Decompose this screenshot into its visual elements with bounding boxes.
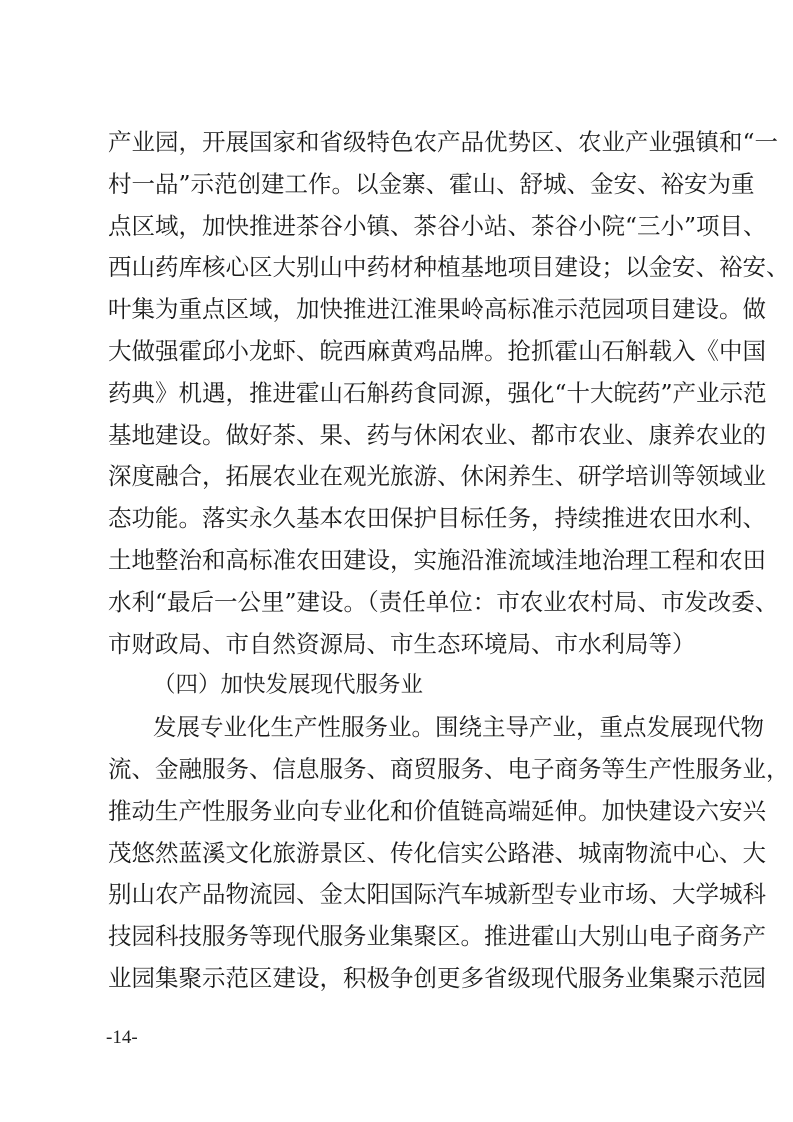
paragraph-line: 流、金融服务、信息服务、商贸服务、电子商务等生产性服务业， (108, 749, 694, 791)
paragraph-line: 别山农产品物流园、金太阳国际汽车城新型专业市场、大学城科 (108, 874, 694, 916)
paragraph-line: 深度融合，拓展农业在观光旅游、休闲养生、研学培训等领域业 (108, 456, 694, 498)
paragraph-line: 市财政局、市自然资源局、市生态环境局、市水利局等） (108, 624, 694, 666)
paragraph-line: 基地建设。做好茶、果、药与休闲农业、都市农业、康养农业的 (108, 415, 694, 457)
paragraph-line: 态功能。落实永久基本农田保护目标任务，持续推进农田水利、 (108, 498, 694, 540)
paragraph-line: 叶集为重点区域，加快推进江淮果岭高标准示范园项目建设。做 (108, 289, 694, 331)
paragraph-line: 点区域，加快推进茶谷小镇、茶谷小站、茶谷小院“三小”项目、 (108, 206, 694, 248)
body-text: 产业园，开展国家和省级特色农产品优势区、农业产业强镇和“一 村一品”示范创建工作… (108, 122, 694, 1000)
paragraph-line: 产业园，开展国家和省级特色农产品优势区、农业产业强镇和“一 (108, 122, 694, 164)
page-number: -14- (106, 1027, 138, 1049)
paragraph-line: 大做强霍邱小龙虾、皖西麻黄鸡品牌。抢抓霍山石斛载入《中国 (108, 331, 694, 373)
paragraph-line: 西山药库核心区大别山中药材种植基地项目建设；以金安、裕安、 (108, 247, 694, 289)
document-page: 产业园，开展国家和省级特色农产品优势区、农业产业强镇和“一 村一品”示范创建工作… (0, 0, 793, 1122)
paragraph-line: 推动生产性服务业向专业化和价值链高端延伸。加快建设六安兴 (108, 791, 694, 833)
paragraph-line: 技园科技服务等现代服务业集聚区。推进霍山大别山电子商务产 (108, 916, 694, 958)
paragraph-line: 业园集聚示范区建设，积极争创更多省级现代服务业集聚示范园 (108, 958, 694, 1000)
paragraph-line: 发展专业化生产性服务业。围绕主导产业，重点发展现代物 (108, 707, 694, 749)
paragraph-line: 村一品”示范创建工作。以金寨、霍山、舒城、金安、裕安为重 (108, 164, 694, 206)
paragraph-line: 茂悠然蓝溪文化旅游景区、传化信实公路港、城南物流中心、大 (108, 833, 694, 875)
paragraph-line: 土地整治和高标准农田建设，实施沿淮流域洼地治理工程和农田 (108, 540, 694, 582)
section-heading: （四）加快发展现代服务业 (108, 665, 694, 707)
paragraph-line: 药典》机遇，推进霍山石斛药食同源，强化“十大皖药”产业示范 (108, 373, 694, 415)
paragraph-line: 水利“最后一公里”建设。（责任单位：市农业农村局、市发改委、 (108, 582, 694, 624)
